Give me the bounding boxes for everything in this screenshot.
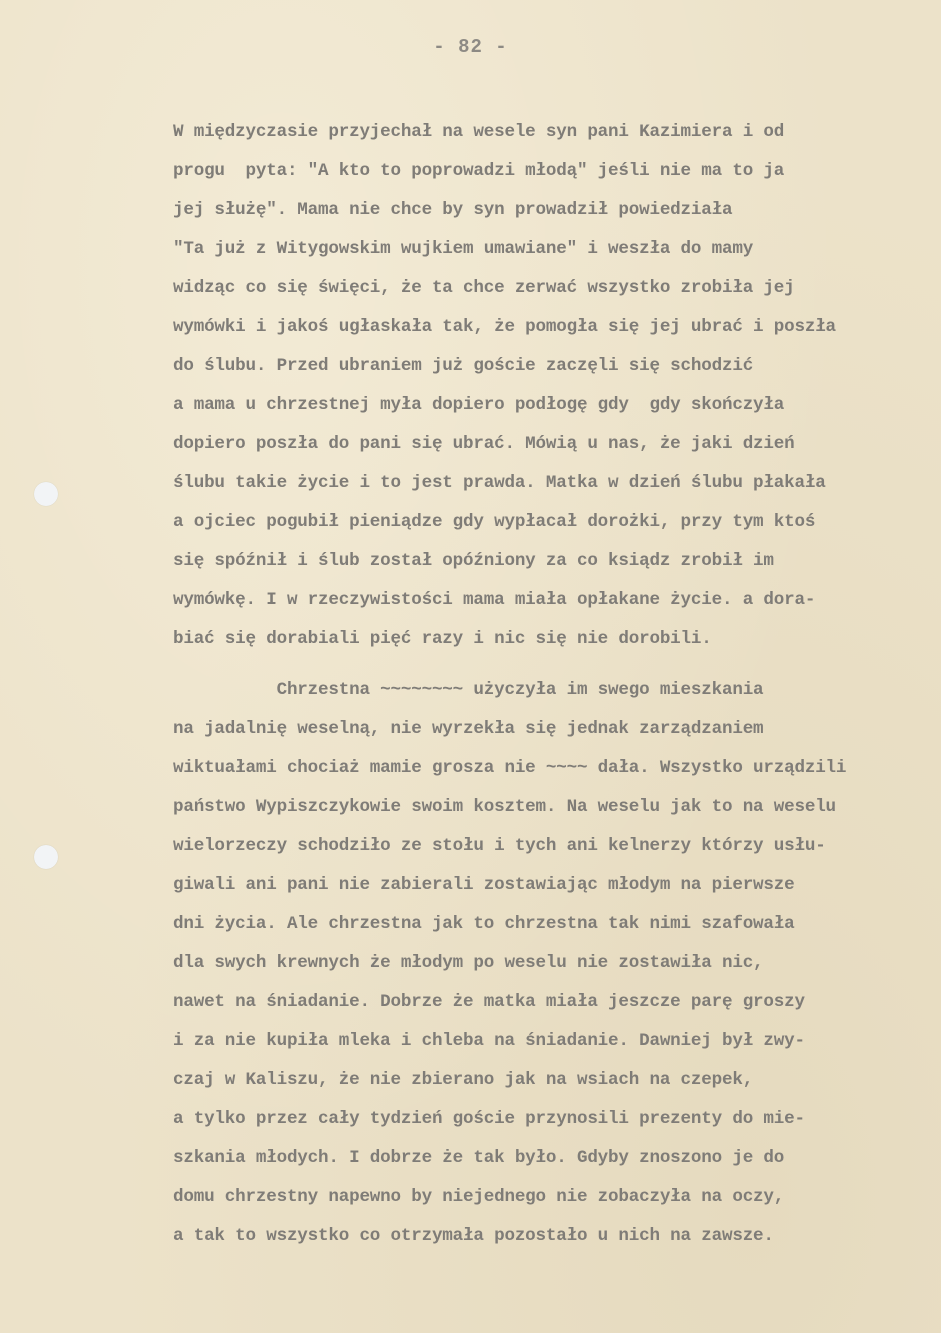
paragraph-1: W międzyczasie przyjechał na wesele syn … <box>173 118 933 664</box>
text-line: jej służę". Mama nie chce by syn prowadz… <box>173 196 933 235</box>
text-line: się spóźnił i ślub został opóźniony za c… <box>173 547 933 586</box>
text-line: szkania młodych. I dobrze że tak było. G… <box>173 1144 933 1183</box>
punch-hole-top <box>34 482 58 506</box>
document-page: - 82 - W międzyczasie przyjechał na wese… <box>0 0 941 1333</box>
text-line: wymówki i jakoś ugłaskała tak, że pomogł… <box>173 313 933 352</box>
text-line: giwali ani pani nie zabierali zostawiają… <box>173 871 933 910</box>
paragraph-gap <box>173 664 933 676</box>
text-line: progu pyta: "A kto to poprowadzi młodą" … <box>173 157 933 196</box>
text-line: nawet na śniadanie. Dobrze że matka miał… <box>173 988 933 1027</box>
text-line: a ojciec pogubił pieniądze gdy wypłacał … <box>173 508 933 547</box>
text-line: i za nie kupiła mleka i chleba na śniada… <box>173 1027 933 1066</box>
text-line: wymówkę. I w rzeczywistości mama miała o… <box>173 586 933 625</box>
paragraph-2: Chrzestna ~~~~~~~~ użyczyła im swego mie… <box>173 676 933 1261</box>
text-line: "Ta już z Witygowskim wujkiem umawiane" … <box>173 235 933 274</box>
text-line: W międzyczasie przyjechał na wesele syn … <box>173 118 933 157</box>
text-line: dopiero poszła do pani się ubrać. Mówią … <box>173 430 933 469</box>
text-line: widząc co się święci, że ta chce zerwać … <box>173 274 933 313</box>
text-line: wiktuałami chociaż mamie grosza nie ~~~~… <box>173 754 933 793</box>
text-line: ślubu takie życie i to jest prawda. Matk… <box>173 469 933 508</box>
typewritten-body: W międzyczasie przyjechał na wesele syn … <box>173 118 933 1261</box>
text-line: Chrzestna ~~~~~~~~ użyczyła im swego mie… <box>173 676 933 715</box>
text-line: a mama u chrzestnej myła dopiero podłogę… <box>173 391 933 430</box>
text-line: domu chrzestny napewno by niejednego nie… <box>173 1183 933 1222</box>
text-line: wielorzeczy schodziło ze stołu i tych an… <box>173 832 933 871</box>
text-line: a tylko przez cały tydzień goście przyno… <box>173 1105 933 1144</box>
text-line: czaj w Kaliszu, że nie zbierano jak na w… <box>173 1066 933 1105</box>
text-line: a tak to wszystko co otrzymała pozostało… <box>173 1222 933 1261</box>
text-line: na jadalnię weselną, nie wyrzekła się je… <box>173 715 933 754</box>
text-line: do ślubu. Przed ubraniem już goście zacz… <box>173 352 933 391</box>
page-number: - 82 - <box>0 36 941 58</box>
text-line: dla swych krewnych że młodym po weselu n… <box>173 949 933 988</box>
text-line: dni życia. Ale chrzestna jak to chrzestn… <box>173 910 933 949</box>
text-line: biać się dorabiali pięć razy i nic się n… <box>173 625 933 664</box>
text-line: państwo Wypiszczykowie swoim kosztem. Na… <box>173 793 933 832</box>
punch-hole-bottom <box>34 845 58 869</box>
